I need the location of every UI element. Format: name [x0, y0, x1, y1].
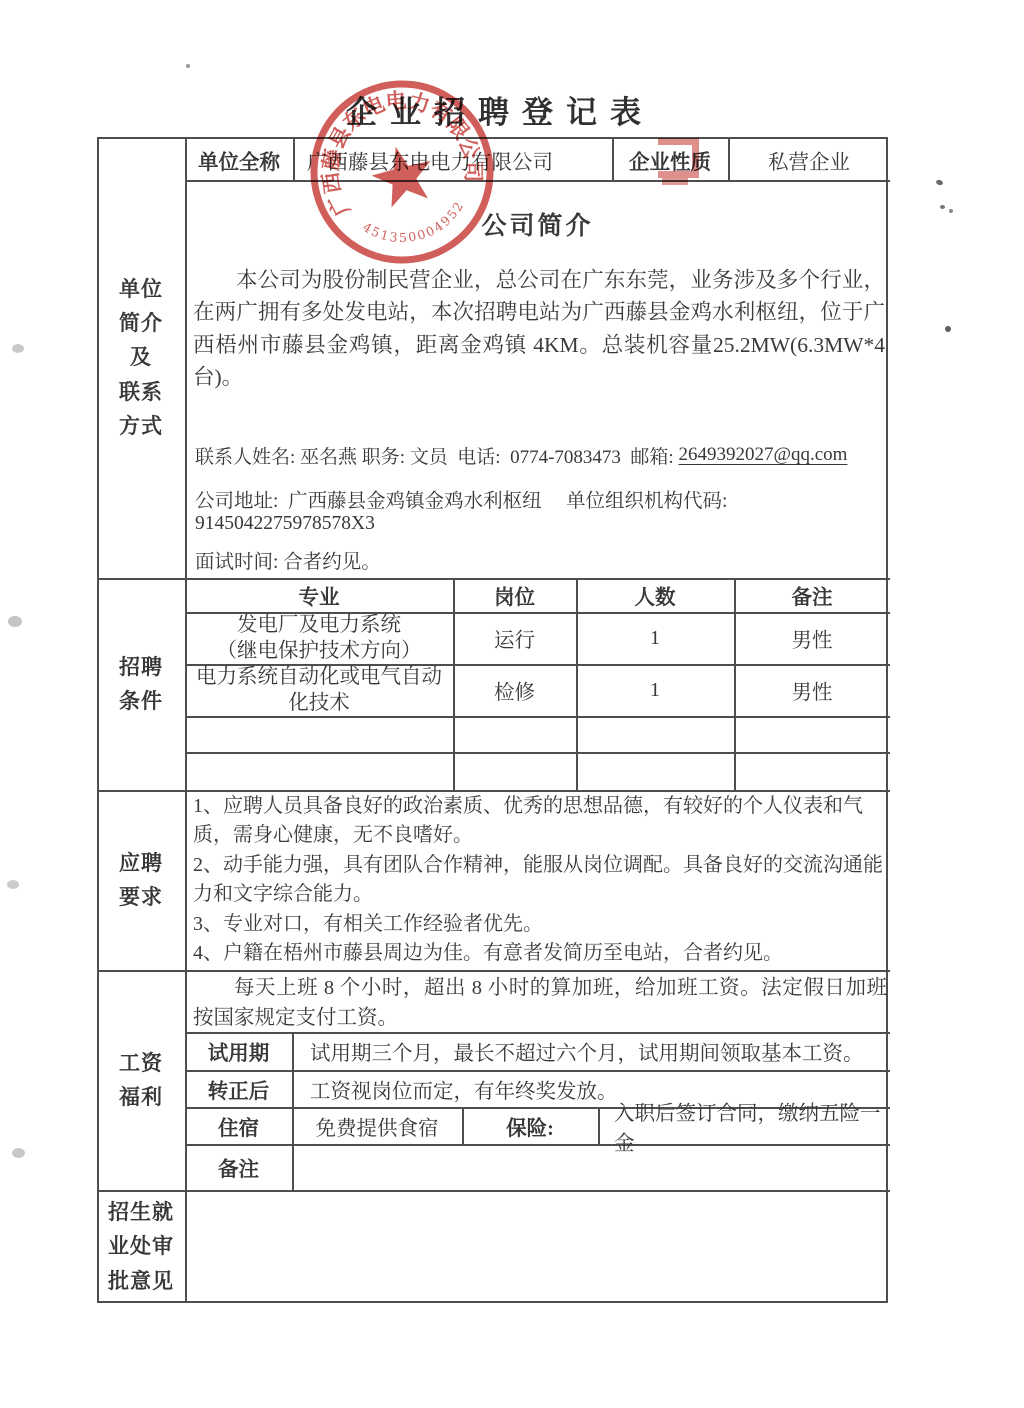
scanned-form-page: 企业招聘登记表 单位全称 广西藤县东电电力有限公司 企业性质 私营企业 单位 简… [0, 0, 1024, 1408]
positions-header-major: 专业 [185, 578, 453, 612]
scan-speck [12, 344, 24, 353]
contact-person-text: 联系人姓名: 巫名燕 职务: 文员 电话: 0774-7083473 邮箱: [195, 442, 678, 469]
approval-content [185, 1190, 890, 1303]
company-address-line: 公司地址: 广西藤县金鸡镇金鸡水利枢纽 单位组织机构代码: 9145042275… [195, 495, 887, 525]
position-row-note: 男性 [734, 612, 890, 664]
position-row-major: 发电厂及电力系统 （继电保护技术方向） [185, 612, 453, 664]
svg-text:451350004952: 451350004952 [358, 195, 474, 256]
scan-speck [945, 326, 951, 332]
position-row-major [185, 716, 453, 752]
contact-email-link[interactable]: 2649392027@qq.com [678, 444, 847, 466]
section-label-salary-welfare: 工资 福利 [97, 970, 185, 1190]
requirements-list: 1、应聘人员具备良好的政治素质、优秀的思想品德，有较好的个人仪表和气质，需身心健… [193, 792, 889, 968]
section-label-apply-requirements: 应聘 要求 [97, 790, 185, 970]
position-row-post: 检修 [453, 664, 576, 716]
scan-speck [8, 616, 22, 627]
salary-intro: 每天上班 8 个小时，超出 8 小时的算加班，给加班工资。法定假日加班按国家规定… [193, 974, 887, 1033]
insurance-label: 保险: [462, 1107, 598, 1144]
company-name-label: 单位全称 [185, 137, 293, 182]
requirement-item: 4、户籍在梧州市藤县周边为佳。有意者发简历至电站，合者约见。 [193, 939, 889, 968]
section-label-recruit-conditions: 招聘 条件 [97, 578, 185, 790]
requirement-item: 2、动手能力强，具有团队合作精神，能服从岗位调配。具备良好的交流沟通能力和文字综… [193, 851, 889, 910]
probation-text: 试用期三个月，最长不超过六个月，试用期间领取基本工资。 [292, 1032, 890, 1070]
stamp-smudge [662, 178, 688, 185]
seal-star-icon [366, 139, 439, 210]
interview-time-line: 面试时间: 合者约见。 [195, 545, 887, 575]
remark-label: 备注 [185, 1144, 292, 1190]
seal-serial-number: 451350004952 [358, 195, 474, 256]
scan-speck [935, 179, 943, 186]
scan-speck [940, 205, 945, 209]
section-label-unit-intro: 单位 简介 及 联系 方式 [97, 137, 185, 578]
insurance-text: 入职后签订合同，缴纳五险一金 [598, 1107, 890, 1144]
scan-speck [7, 880, 19, 889]
remark-value [292, 1144, 890, 1190]
position-row-count: 1 [576, 664, 734, 716]
probation-label: 试用期 [185, 1032, 292, 1070]
position-row-count: 1 [576, 612, 734, 664]
scan-speck [949, 209, 953, 213]
positions-header-count: 人数 [576, 578, 734, 612]
company-type-value: 私营企业 [728, 137, 890, 182]
positions-header-post: 岗位 [453, 578, 576, 612]
stamp-smudge [658, 138, 699, 178]
position-row-post: 运行 [453, 612, 576, 664]
regular-label: 转正后 [185, 1070, 292, 1107]
requirement-item: 3、专业对口，有相关工作经验者优先。 [193, 910, 889, 939]
section-label-approval: 招生就 业处审 批意见 [97, 1190, 185, 1303]
grid-line [97, 970, 890, 972]
company-intro-heading: 公司简介 [185, 203, 890, 245]
scan-speck [12, 1148, 25, 1158]
contact-person-line: 联系人姓名: 巫名燕 职务: 文员 电话: 0774-7083473 邮箱: 2… [195, 440, 887, 470]
position-row-note: 男性 [734, 664, 890, 716]
scan-speck [186, 64, 190, 68]
position-row-major [185, 752, 453, 790]
position-row-major: 电力系统自动化或电气自动 化技术 [185, 664, 453, 716]
housing-text: 免费提供食宿 [292, 1107, 462, 1144]
company-intro-body: 本公司为股份制民营企业，总公司在广东东莞，业务涉及多个行业，在两广拥有多处发电站… [193, 264, 885, 393]
requirement-item: 1、应聘人员具备良好的政治素质、优秀的思想品德，有较好的个人仪表和气质，需身心健… [193, 792, 889, 851]
housing-label: 住宿 [185, 1107, 292, 1144]
positions-header-note: 备注 [734, 578, 890, 612]
